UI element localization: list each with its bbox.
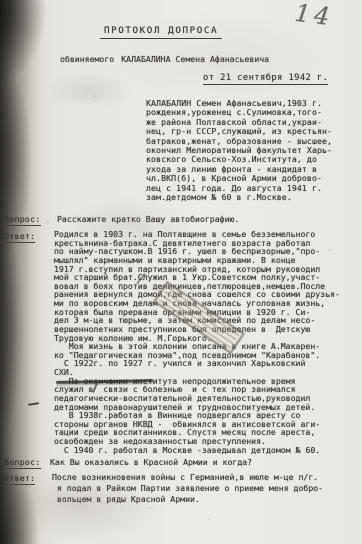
answer-2-text: После возникновения войны с Германией,в … (52, 472, 323, 504)
date-line: от 21 сентября 1942 г. (203, 73, 328, 85)
document-title: ПРОТОКОЛ ДОПРОСА (100, 25, 222, 39)
bio-block: КАЛАБАЛИН Семен Афанасьевич,1903 г. рожд… (146, 99, 332, 202)
accused-prefix: обвиняемого (60, 54, 114, 64)
accused-line: обвиняемогоКАЛАБАЛИНА Семена Афанасьевич… (60, 54, 269, 64)
question-2-text: Как Вы оказались в Красной Армии и когда… (50, 457, 252, 467)
accused-name: КАЛАБАЛИНА Семена Афанасьевича (121, 54, 269, 64)
handwritten-page-number: 14 (293, 0, 335, 31)
margin-dash-mark (28, 402, 39, 406)
question-1-text: Расскажите кратко Вашу автобиографию. (57, 214, 239, 224)
document-page: 14 ПРОТОКОЛ ДОПРОСА обвиняемогоКАЛАБАЛИН… (0, 0, 362, 544)
question-1-label: Вопрос: (4, 214, 41, 226)
answer-1-text: Родился в 1903 г. на Полтавщине в семье … (54, 230, 340, 454)
answer-1-label: Ответ: (4, 231, 35, 243)
answer-2-label: Ответ: (4, 473, 35, 485)
question-2-label: Вопрос: (4, 457, 41, 469)
